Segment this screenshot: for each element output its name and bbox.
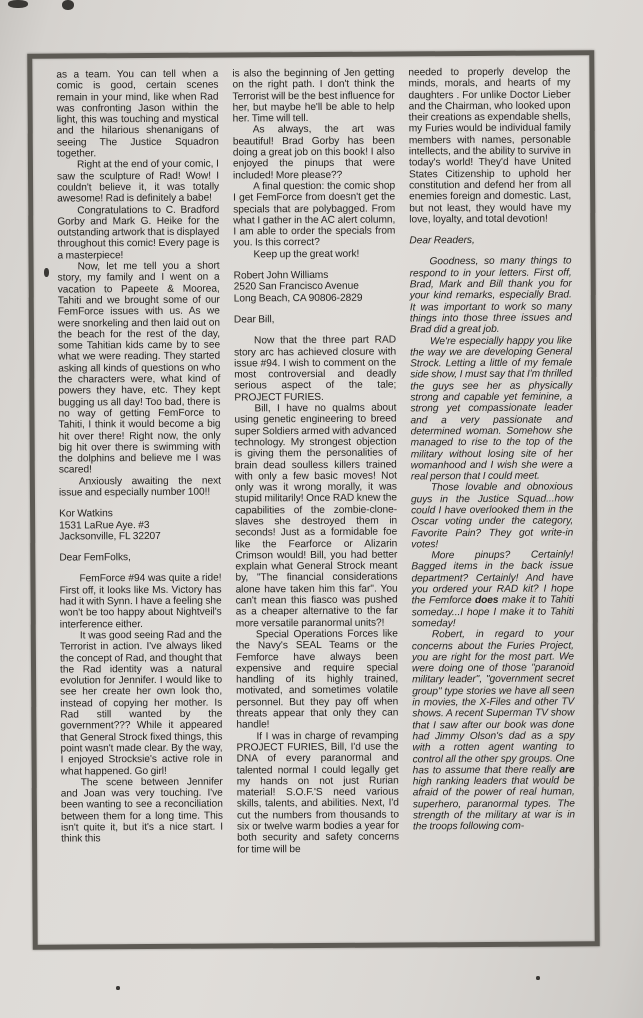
editor-reply-paragraph: We're especially happy you like the way … <box>410 335 573 483</box>
letter-salutation: Dear FemFolks, <box>59 552 221 564</box>
scan-speck <box>116 986 120 990</box>
reply-text-segment: Robert, in regard to your concerns about… <box>412 629 575 777</box>
letter-paragraph: As always, the art was beautiful! Brad G… <box>233 124 395 181</box>
editor-reply-paragraph: More pinups? Certainly! Bagged items in … <box>411 550 573 630</box>
letter-closing-line: Keep up the great work! <box>233 248 395 260</box>
text-column-3: needed to properly develop the minds, mo… <box>408 66 575 936</box>
letter-paragraph: Special Operations Forces like the Navy'… <box>236 628 399 731</box>
letter-paragraph: It was good seeing Rad and the Terrorist… <box>60 630 223 778</box>
scan-speck <box>62 0 74 10</box>
letter-paragraph: FemForce #94 was quite a ride! First off… <box>59 573 221 630</box>
scanned-paper-background: as a team. You can tell when a comic is … <box>0 0 643 1018</box>
editor-reply-paragraph: Robert, in regard to your concerns about… <box>412 629 575 833</box>
letter-paragraph: Anxiously awaiting the next issue and es… <box>59 475 221 499</box>
letter-paragraph: Bill, I have no qualms about using genet… <box>234 403 397 630</box>
signature-address-block: Robert John Williams 2520 San Francisco … <box>234 270 396 305</box>
letters-column-layout: as a team. You can tell when a comic is … <box>56 66 577 938</box>
letter-paragraph: A final question: the comic shop I get F… <box>233 180 395 249</box>
text-column-1: as a team. You can tell when a comic is … <box>56 69 223 939</box>
letter-continuation-paragraph: as a team. You can tell when a comic is … <box>56 69 219 160</box>
editor-reply-paragraph: Goodness, so many things to respond to i… <box>410 256 572 336</box>
text-column-2: is also the beginning of Jen getting on … <box>232 67 399 937</box>
reply-text-segment: high ranking leaders that would be afrai… <box>413 776 575 833</box>
letter-paragraph: Congratulations to C. Bradford Gorby and… <box>57 204 219 261</box>
letter-paragraph: Now, let me tell you a short story, my f… <box>58 261 221 477</box>
scan-speck <box>8 0 28 8</box>
letters-page-border-frame: as a team. You can tell when a comic is … <box>27 50 599 949</box>
signature-address-block: Kor Watkins 1531 LaRue Aye. #3 Jacksonvi… <box>59 508 221 543</box>
reply-bold-word: are <box>559 764 574 775</box>
scan-speck <box>536 976 540 980</box>
letter-paragraph: The scene between Jennifer and Joan was … <box>61 776 223 845</box>
letter-paragraph: If I was in charge of revamping PROJECT … <box>236 730 399 855</box>
letter-salutation: Dear Bill, <box>234 313 396 325</box>
letter-paragraph: Now that the three part RAD story arc ha… <box>234 335 396 404</box>
letter-continuation-paragraph: needed to properly develop the minds, mo… <box>408 66 571 225</box>
letter-paragraph: Right at the end of your comic, I saw th… <box>57 159 219 205</box>
letter-continuation-paragraph: is also the beginning of Jen getting on … <box>232 67 394 124</box>
reply-bold-word: does <box>475 595 499 606</box>
editor-reply-paragraph: Those lovable and obnoxious guys in the … <box>411 482 573 551</box>
editor-reply-salutation: Dear Readers, <box>409 235 571 247</box>
